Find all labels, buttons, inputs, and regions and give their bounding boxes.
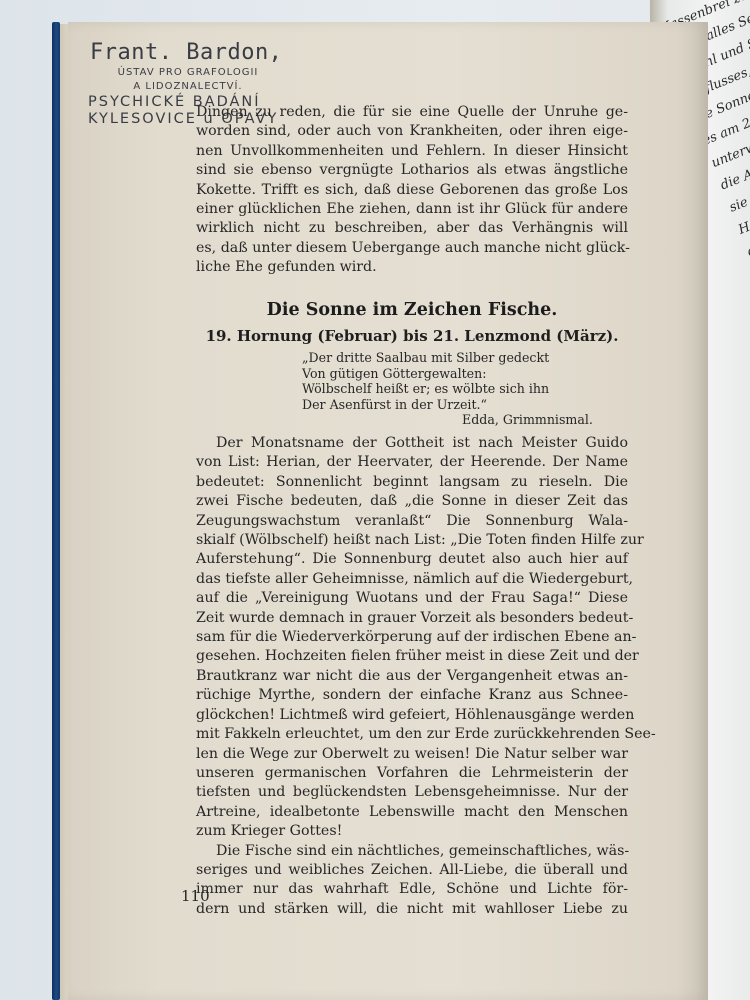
text-line: sam für die Wiederverkörperung auf der i… xyxy=(196,628,628,647)
text-line: Zeit wurde demnach in grauer Vorzeit als… xyxy=(196,609,628,628)
text-line: immer nur das wahrhaft Edle, Schöne und … xyxy=(196,880,628,899)
text-line: sind sie ebenso vergnügte Lotharios als … xyxy=(196,161,628,180)
book-cover-edge xyxy=(52,22,60,1000)
text-line: auf die „Vereinigung Wuotans und der Fra… xyxy=(196,589,628,608)
section-dates: 19. Hornung (Februar) bis 21. Lenzmond (… xyxy=(196,327,628,345)
text-line: Kokette. Trifft es sich, daß diese Gebor… xyxy=(196,181,628,200)
text-line: nen Unvollkommenheiten und Fehlern. In d… xyxy=(196,142,628,161)
text-line: glöckchen! Lichtmeß wird gefeiert, Höhle… xyxy=(196,706,628,725)
epigraph-poem: „Der dritte Saalbau mit Silber gedeckt V… xyxy=(302,350,549,412)
poem-line: Wölbschelf heißt er; es wölbte sich ihn xyxy=(302,381,549,397)
stamp-line-1: ÚSTAV PRO GRAFOLOGII xyxy=(88,66,288,80)
body-paragraph-1: Der Monatsname der Gottheit ist nach Mei… xyxy=(196,434,628,919)
text-line: Brautkranz war nicht die aus der Vergang… xyxy=(196,667,628,686)
page-number: 110 xyxy=(181,887,210,905)
poem-line: „Der dritte Saalbau mit Silber gedeckt xyxy=(302,350,549,366)
text-line: worden sind, oder auch von Krankheiten, … xyxy=(196,122,628,141)
text-line: Dingen zu reden, die für sie eine Quelle… xyxy=(196,103,628,122)
text-line: Die Fische sind ein nächtliches, gemeins… xyxy=(196,842,628,861)
text-line: bedeutet: Sonnenlicht beginnt langsam zu… xyxy=(196,473,628,492)
text-line: einer glücklichen Ehe ziehen, dann ist i… xyxy=(196,200,628,219)
text-line: von List: Herian, der Heervater, der Hee… xyxy=(196,453,628,472)
text-line: tiefsten und beglückendsten Lebensgeheim… xyxy=(196,783,628,802)
poem-line: Der Asenfürst in der Urzeit.“ xyxy=(302,397,549,413)
text-line: seriges und weibliches Zeichen. All-Lieb… xyxy=(196,861,628,880)
text-line: dern und stärken will, die nicht mit wah… xyxy=(196,900,628,919)
text-line: gesehen. Hochzeiten fielen früher meist … xyxy=(196,647,628,666)
text-line: das tiefste aller Geheimnisse, nämlich a… xyxy=(196,570,628,589)
text-line: zum Krieger Gottes! xyxy=(196,822,628,841)
stamp-name: Frant. Bardon, xyxy=(88,40,288,66)
text-line: liche Ehe gefunden wird. xyxy=(196,258,628,277)
text-line: Zeugungswachstum veranlaßt“ Die Sonnenbu… xyxy=(196,512,628,531)
text-line: unseren germanischen Vorfahren die Lehrm… xyxy=(196,764,628,783)
text-line: Auferstehung“. Die Sonnenburg deutet als… xyxy=(196,550,628,569)
text-line: rüchige Myrthe, sondern der einfache Kra… xyxy=(196,686,628,705)
text-line: mit Fakkeln erleuchtet, um den zur Erde … xyxy=(196,725,628,744)
section-title: Die Sonne im Zeichen Fische. xyxy=(196,300,628,320)
poem-source: Edda, Grimmnismal. xyxy=(462,412,593,427)
poem-line: Von gütigen Göttergewalten: xyxy=(302,366,549,382)
text-line: wirklich nicht zu beschreiben, aber das … xyxy=(196,219,628,238)
text-line: len die Wege zur Oberwelt zu weisen! Die… xyxy=(196,745,628,764)
text-line: es, daß unter diesem Uebergange auch man… xyxy=(196,239,628,258)
text-line: zwei Fische bedeuten, daß „die Sonne in … xyxy=(196,492,628,511)
text-line: Der Monatsname der Gottheit ist nach Mei… xyxy=(196,434,628,453)
intro-paragraph: Dingen zu reden, die für sie eine Quelle… xyxy=(196,103,628,278)
text-line: skialf (Wölbschelf) heißt nach List: „Di… xyxy=(196,531,628,550)
text-line: Artreine, idealbetonte Lebenswille macht… xyxy=(196,803,628,822)
stamp-line-2: A LIDOZNALECTVÍ. xyxy=(88,80,288,94)
